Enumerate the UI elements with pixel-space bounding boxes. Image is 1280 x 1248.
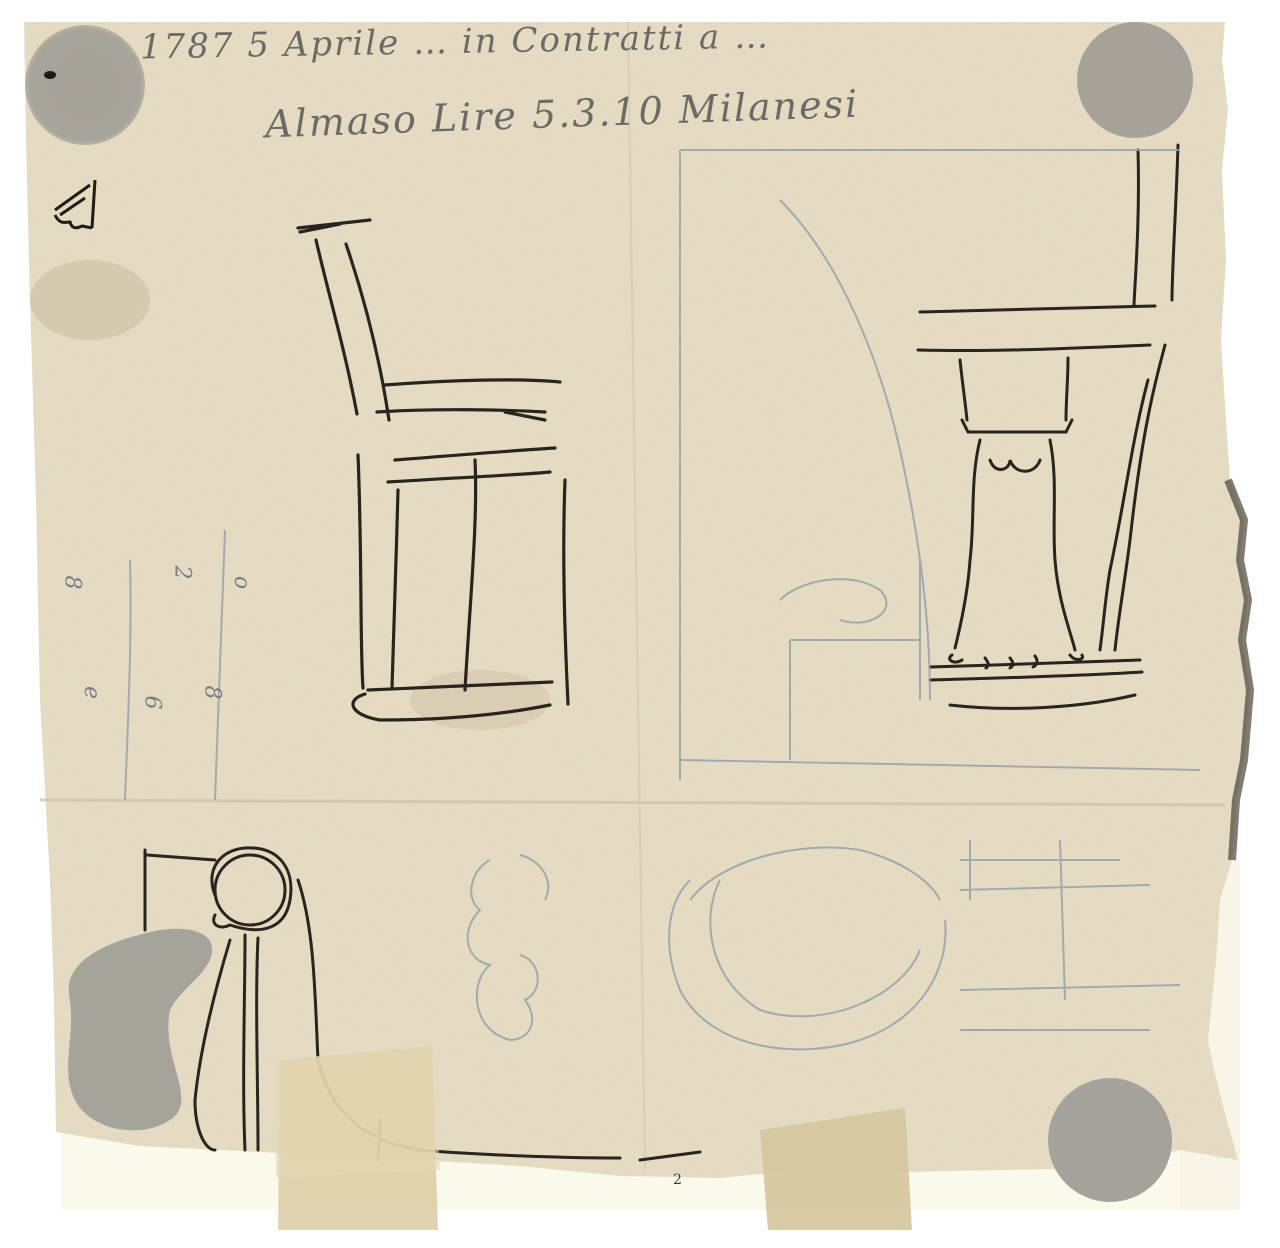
note-char: 2	[170, 566, 195, 580]
stain-top-right	[1077, 22, 1193, 138]
stain-top-left	[25, 25, 145, 145]
note-char: e	[79, 686, 104, 699]
bottom-number-mark: 2	[673, 1172, 682, 1188]
note-char: 8	[200, 686, 225, 700]
note-char: o	[229, 576, 254, 589]
rotated-pencil-notes: 8 2 o e 6 8	[55, 560, 285, 740]
stain-bottom-right	[1048, 1078, 1172, 1202]
note-char: 6	[140, 696, 165, 710]
note-char: 8	[60, 576, 85, 590]
